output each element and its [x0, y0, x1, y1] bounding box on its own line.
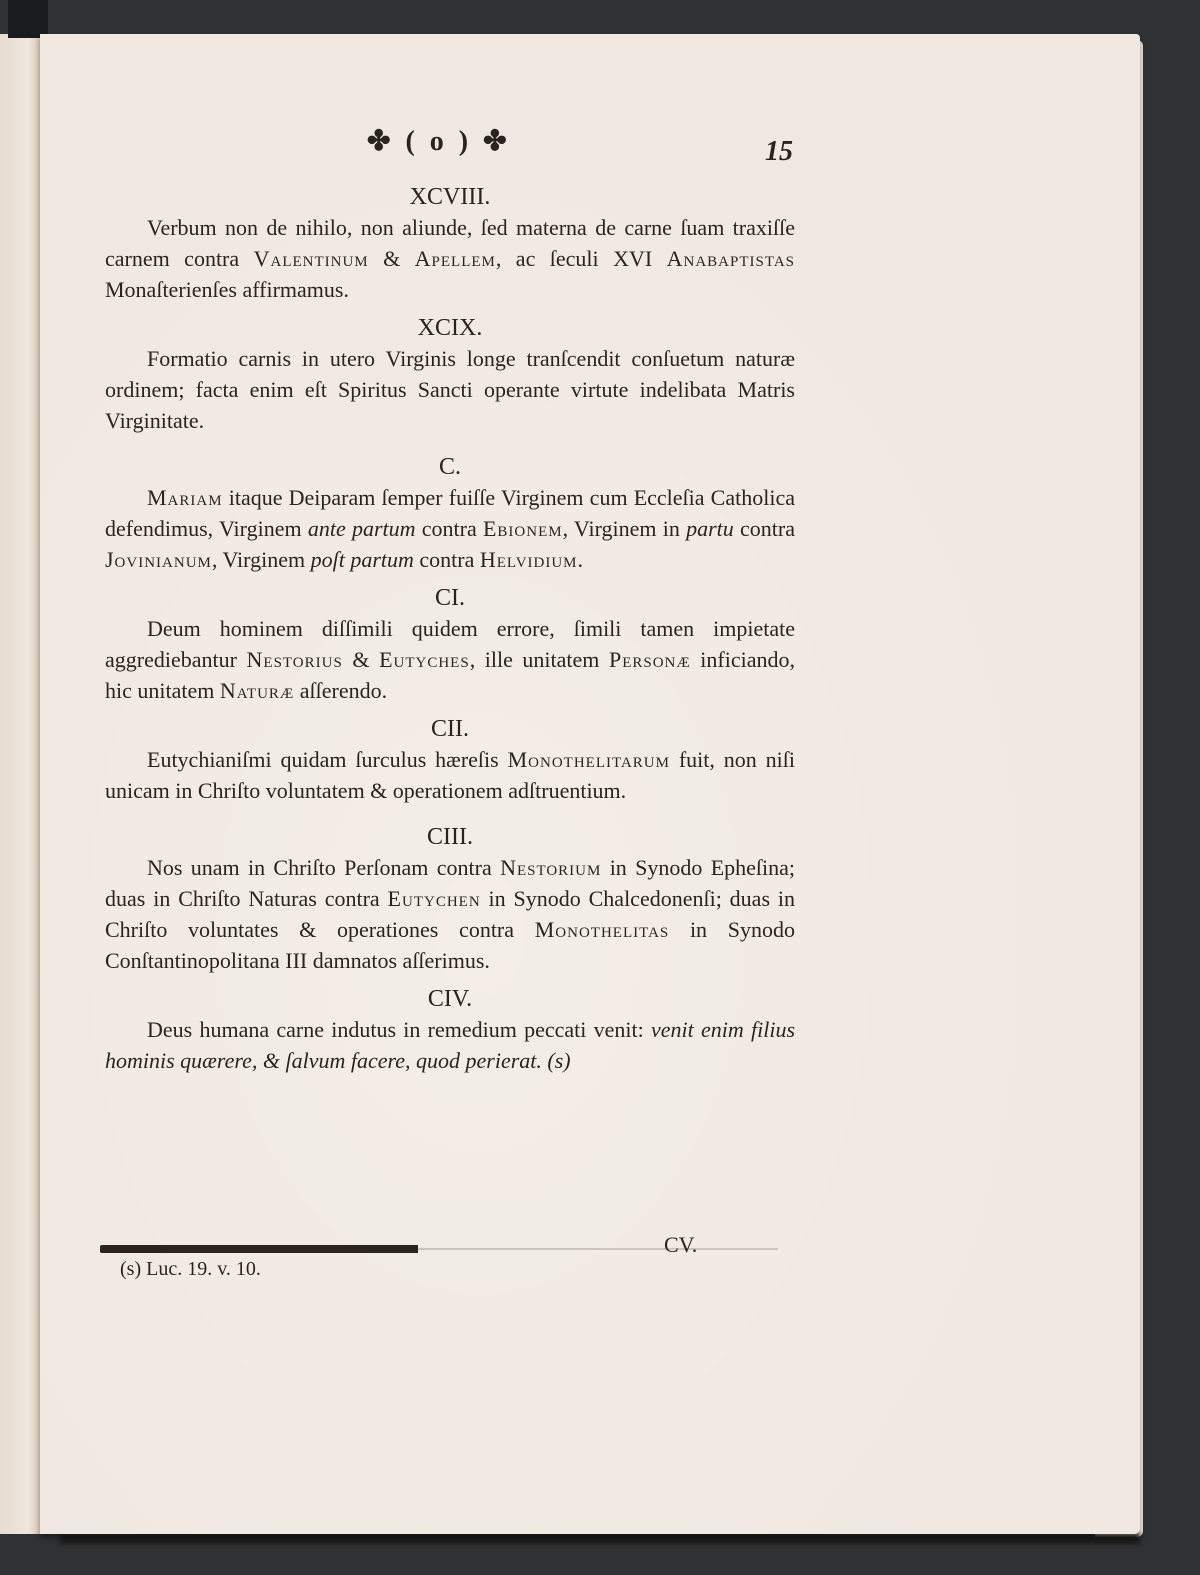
footnote-rule [100, 1245, 418, 1253]
section-numeral: C. [105, 452, 795, 482]
section-paragraph: Verbum non de nihilo, non aliunde, ſed m… [105, 212, 795, 305]
proper-name: Anabaptistas [667, 246, 795, 271]
section-paragraph: Deum hominem diſſimili quidem errore, ſi… [105, 613, 795, 706]
proper-name: Monothelitas [535, 917, 670, 942]
footnote: (s) Luc. 19. v. 10. [120, 1258, 261, 1281]
faint-rule [418, 1248, 778, 1250]
catchword: CV. [664, 1232, 697, 1258]
section-paragraph: Formatio carnis in utero Virginis longe … [105, 343, 795, 436]
proper-name: Monothelitarum [508, 747, 670, 772]
section-paragraph: Mariam itaque Deiparam ſemper fuiſſe Vir… [105, 482, 795, 575]
running-header: ✤ ( o ) ✤ 15 [105, 120, 795, 174]
proper-name: Ebionem [483, 516, 563, 541]
proper-name: Eutyches [379, 647, 470, 672]
section-numeral: XCVIII. [105, 182, 795, 212]
page-number: 15 [765, 136, 793, 167]
section-numeral: CIII. [105, 822, 795, 852]
left-page-edge [0, 34, 42, 1534]
section-paragraph: Deus humana carne indutus in remedium pe… [105, 1014, 795, 1076]
section-numeral: CII. [105, 714, 795, 744]
section-numeral: CIV. [105, 984, 795, 1014]
page-text: ✤ ( o ) ✤ 15 XCVIII. Verbum non de nihil… [105, 120, 795, 1076]
running-head-text: ( o ) [405, 126, 472, 157]
footnote-marker: (s) [542, 1048, 571, 1073]
section-numeral: XCIX. [105, 313, 795, 343]
section-paragraph: Nos unam in Chriſto Perſonam contra Nest… [105, 852, 795, 976]
proper-name: Valentinum [254, 246, 369, 271]
page-shadow [60, 1534, 1140, 1544]
proper-name: Nestorium [500, 855, 601, 880]
fleuron-icon: ✤ [483, 126, 510, 157]
binding-shadow [8, 0, 48, 38]
running-head: ✤ ( o ) ✤ [367, 126, 511, 157]
section-numeral: CI. [105, 583, 795, 613]
section-paragraph: Eutychianiſmi quidam ſurculus hæreſis Mo… [105, 744, 795, 806]
proper-name: Helvidium [480, 547, 578, 572]
proper-name: Jovinianum [105, 547, 212, 572]
proper-name: Apellem [415, 246, 496, 271]
fleuron-icon: ✤ [367, 126, 394, 157]
proper-name: Eutychen [388, 886, 481, 911]
proper-name: Nestorius [247, 647, 343, 672]
proper-name: Mariam [147, 485, 223, 510]
